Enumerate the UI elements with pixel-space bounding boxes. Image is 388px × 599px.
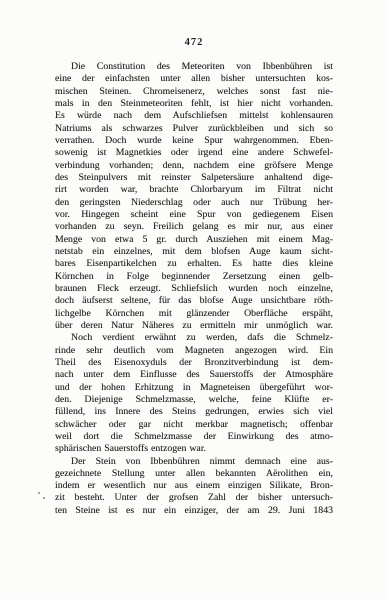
- text-line: vor. Hingegen scheint eine Spur von gedi…: [55, 209, 333, 221]
- text-line: zit besteht. Unter der grofsen Zahl der …: [55, 492, 333, 504]
- text-line: vorhanden zu seyn. Freilich gelang es mi…: [55, 221, 333, 233]
- text-line: rirt worden war, brachte Chlorbaryum im …: [55, 184, 333, 196]
- text-line: den geringsten Niederschlag oder auch nu…: [55, 197, 333, 209]
- text-line: sphärischen Sauerstoffs entzogen war.: [55, 443, 333, 455]
- text-line: schwächer oder gar nicht merkbar magneti…: [55, 419, 333, 431]
- text-line: doch äufserst seltene, für das blofse Au…: [55, 295, 333, 307]
- text-line: indem er wesentlich nur aus einem einzig…: [55, 480, 333, 492]
- text-line: verbindung vorhanden; denn, nachdem eine…: [55, 160, 333, 172]
- text-line: sowenig ist Magnetkies oder irgend eine …: [55, 147, 333, 159]
- text-line: mals in den Steinmeteoriten fehlt, ist h…: [55, 98, 333, 110]
- text-line: Natriums als schwarzes Pulver zurückblei…: [55, 123, 333, 135]
- text-line: den. Diejenige Schmelzmasse, welche, fei…: [55, 394, 333, 406]
- text-line: lichgelbe Körnchen mit glänzender Oberfl…: [55, 308, 333, 320]
- scan-artifact: [38, 492, 40, 494]
- text-line: netstab ein einzelnes, mit dem blofsen A…: [55, 246, 333, 258]
- text-line: Körnchen in Folge beginnender Zersetzung…: [55, 271, 333, 283]
- text-line: füllend, ins Innere des Steins gedrungen…: [55, 406, 333, 418]
- text-line: nach unter dem Einflusse des Sauerstoffs…: [55, 369, 333, 381]
- text-line: über deren Natur Näheres zu ermitteln mi…: [55, 320, 333, 332]
- text-line: Es würde nach dem Aufschliefsen mittelst…: [55, 110, 333, 122]
- text-line: mischen Steinen. Chromeisenerz, welches …: [55, 86, 333, 98]
- text-line: Theil des Eisenoxyduls der Bronzitverbin…: [55, 357, 333, 369]
- text-line: des Steinpulvers mit reinster Salpetersä…: [55, 172, 333, 184]
- scan-artifact: [43, 497, 45, 499]
- text-line: verrathen. Doch wurde keine Spur wahrgen…: [55, 135, 333, 147]
- text-line: und der hohen Erhitzung in Magneteisen ü…: [55, 382, 333, 394]
- book-page: 472 Die Constitution des Meteoriten von …: [0, 0, 388, 599]
- text-line: eine der einfachsten unter allen bisher …: [55, 73, 333, 85]
- page-number: 472: [55, 37, 333, 48]
- text-line: Menge von etwa 5 gr. durch Ausziehen mit…: [55, 234, 333, 246]
- text-line: gezeichnete Stellung unter allen bekannt…: [55, 468, 333, 480]
- text-line: braunen Fleck erzeugt. Schliefslich wurd…: [55, 283, 333, 295]
- text-line: Der Stein von Ibbenbühren nimmt demnach …: [55, 456, 333, 468]
- text-line: rinde sehr deutlich vom Magneten angezog…: [55, 345, 333, 357]
- text-line: Noch verdient erwähnt zu werden, dafs di…: [55, 332, 333, 344]
- text-line: weil dort die Schmelzmasse der Einwirkun…: [55, 431, 333, 443]
- page-text: Die Constitution des Meteoriten von Ibbe…: [55, 61, 333, 517]
- text-line: bares Eisenpartikelchen zu erhalten. Es …: [55, 258, 333, 270]
- text-line: ten Steine ist es nur ein einziger, der …: [55, 505, 333, 517]
- text-line: Die Constitution des Meteoriten von Ibbe…: [55, 61, 333, 73]
